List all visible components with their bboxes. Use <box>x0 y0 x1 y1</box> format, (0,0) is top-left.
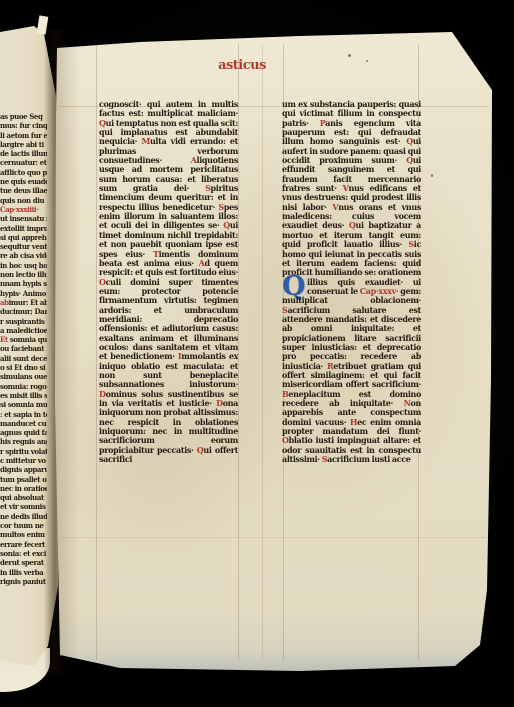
verse: Sacrificium iusti acce <box>322 454 411 464</box>
verse-initial: M <box>141 136 150 146</box>
facing-page-line: si somnia mul <box>0 400 47 409</box>
ruling-line-vertical <box>238 44 239 660</box>
facing-page-line: tue deus illae <box>0 186 47 195</box>
running-title: asticus <box>204 58 280 73</box>
ink-speck <box>348 54 351 57</box>
facing-page-line: ne quis euade <box>0 177 47 186</box>
facing-page-line: cernuatur: et <box>0 158 47 167</box>
ink-speck <box>366 60 368 62</box>
verse-initial: P <box>320 118 325 128</box>
facing-page-line: Cap·xxxiiii· <box>0 205 47 214</box>
facing-page-line: multos enim <box>0 530 47 539</box>
ruling-line-vertical <box>262 44 263 660</box>
facing-page-line: de lactis illum <box>0 149 47 158</box>
verse-initial: N <box>404 398 411 408</box>
manuscript-photograph: as puoe Seqmus: fur cinqli aetom fur eil… <box>0 0 514 707</box>
facing-page-line: alii sunt dece <box>0 354 47 363</box>
text-column-left: cognoscit· qui autem in multis factus es… <box>99 100 238 542</box>
facing-page-line: c mittetur vo <box>0 456 47 465</box>
facing-page-line: sequitur ventu <box>0 242 47 251</box>
chapter-initial: Q <box>282 278 305 296</box>
verse: cognoscit· qui autem in multis factus es… <box>99 100 238 118</box>
facing-page-line: li aetom fur ei <box>0 131 47 140</box>
verse-initial: Q <box>99 118 106 128</box>
facing-page-line: ut insensatu re <box>0 214 47 223</box>
facing-page-line: sonia: et exci <box>0 549 47 558</box>
facing-page-line: Et somnia qu <box>0 335 47 344</box>
facing-page-line: r spiritu volat <box>0 447 47 456</box>
verse-initial: B <box>282 389 288 399</box>
facing-page-line: largire abi ti <box>0 140 47 149</box>
facing-page-line: dignis apparu <box>0 465 47 474</box>
facing-page-line: es misit illis si <box>0 391 47 400</box>
facing-page-line: in hoc usq ho <box>0 261 47 270</box>
facing-page-line: mus: fur cinq <box>0 121 47 130</box>
red-word: ab <box>0 298 9 307</box>
verse-initial: A <box>191 155 197 165</box>
verse-initial: S <box>205 183 210 193</box>
facing-page-line: ou faciebant <box>0 344 47 353</box>
facing-page-line: afflicto quo pr <box>0 168 47 177</box>
facing-page-line: rignis paniut <box>0 577 47 586</box>
facing-page-line: manducet cui <box>0 419 47 428</box>
verse-initial: O <box>99 277 106 287</box>
facing-page-line: in illis verba <box>0 568 47 577</box>
verse-initial: S <box>408 239 413 249</box>
verse-initial: O <box>282 435 289 445</box>
verse-initial: V <box>332 202 338 212</box>
verse-initial: D <box>99 389 106 399</box>
verse-initial: Q <box>223 220 230 230</box>
verse-initial: Q <box>406 136 413 146</box>
ink-speck <box>431 174 433 177</box>
facing-page-line: si qui appreh <box>0 233 47 242</box>
facing-page-line: tum psallet oi <box>0 475 47 484</box>
verse: Beneplacitum est domino recedere ab iniq… <box>282 389 421 408</box>
facing-page-line: r suspirantis <box>0 317 47 326</box>
facing-page-line: nec in oratioe <box>0 484 47 493</box>
verse-initial: S <box>322 454 327 464</box>
facing-page-line: ducimur; Dan <box>0 307 47 316</box>
verse-initial: R <box>327 361 333 371</box>
facing-page-line: : et sapia in te <box>0 410 47 419</box>
verse-initial: S <box>218 202 223 212</box>
facing-page-line: a maledictioe <box>0 326 47 335</box>
facing-page-line: abimur: Et ab <box>0 298 47 307</box>
facing-page-line: simulans oue <box>0 372 47 381</box>
verse-initial: S <box>282 305 287 315</box>
verse-initial: A <box>199 258 205 268</box>
facing-page-line: non lectio illu <box>0 270 47 279</box>
verse-initial: Q <box>197 445 204 455</box>
verse-initial: Q <box>349 220 356 230</box>
red-word: Et <box>0 335 8 344</box>
text-column-right: um ex substancia pauperis: quasi qui vic… <box>282 100 421 542</box>
chapter-rubric: Cap·xxxv· <box>360 286 399 296</box>
facing-page-line: o si Et dno si <box>0 363 47 372</box>
facing-page-line: re ab cisa vide <box>0 251 47 260</box>
facing-page-line: extollit impru <box>0 224 47 233</box>
facing-page-line: as puoe Seq <box>0 112 47 121</box>
facing-page-line: somnia: rogo <box>0 382 47 391</box>
facing-page-line: agnus quid fa <box>0 428 47 437</box>
facing-page-line: qui absoluat <box>0 493 47 502</box>
facing-page-line: ne dedis illud <box>0 512 47 521</box>
facing-page-line: quis non diu <box>0 196 47 205</box>
facing-page-line: hypis· Animo <box>0 289 47 298</box>
facing-page-line: cor tuum ne <box>0 521 47 530</box>
facing-page-line: errare fecert <box>0 540 47 549</box>
verse-initial: T <box>153 249 159 259</box>
verse-initial: V <box>343 183 349 193</box>
verse-initial: D <box>216 398 223 408</box>
facing-page-line: derut sperat <box>0 558 47 567</box>
facing-page-line: nnam hypis se <box>0 279 47 288</box>
verse-initial: H <box>350 417 357 427</box>
facing-page-line: et vir somnis <box>0 502 47 511</box>
facing-page-text-column: as puoe Seqmus: fur cinqli aetom fur eil… <box>0 112 47 588</box>
ruling-line-vertical <box>96 44 97 660</box>
verse-initial: I <box>178 351 181 361</box>
facing-page-line: his regnis ang <box>0 437 47 446</box>
verse-initial: Q <box>406 155 413 165</box>
